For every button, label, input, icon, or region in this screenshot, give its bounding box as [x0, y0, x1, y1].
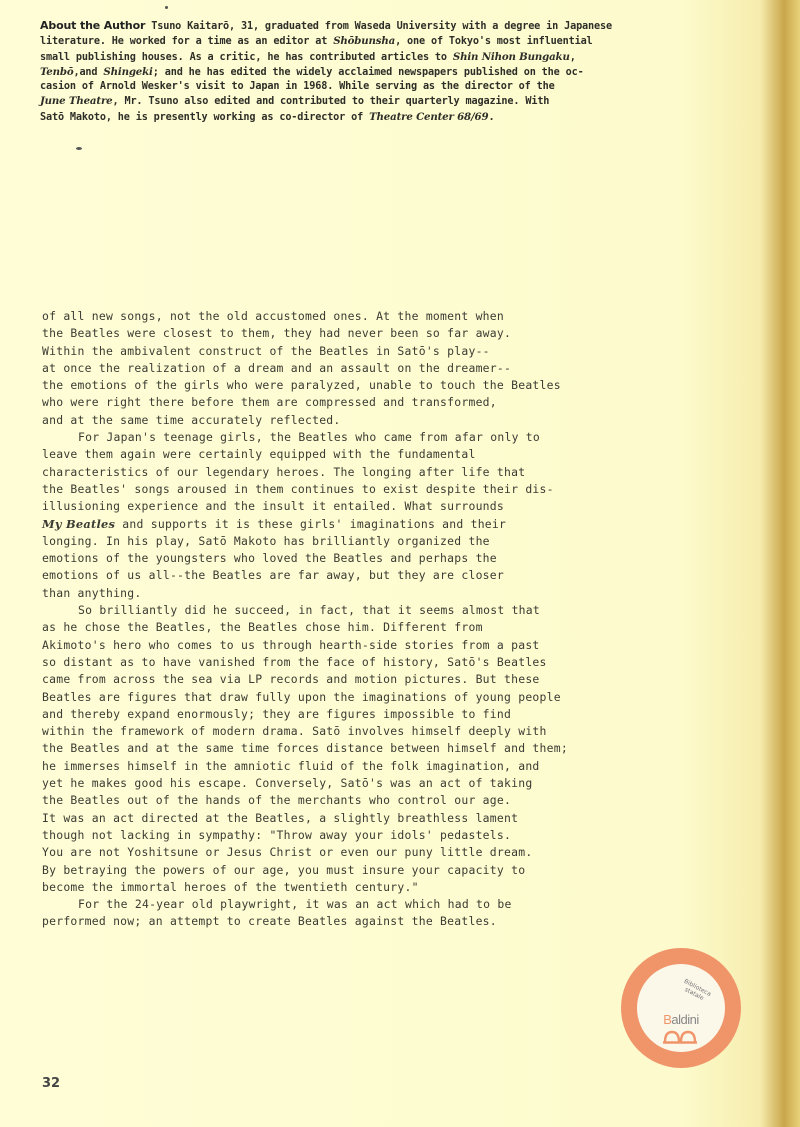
text-run: It was an act directed at the Beatles, a… [42, 811, 518, 825]
text-run: Satō Makoto, he is presently working as … [40, 112, 369, 123]
text-run: the Beatles out of the hands of the merc… [42, 793, 511, 807]
text-run: who were right there before them are com… [42, 395, 497, 409]
body-line: You are not Yoshitsune or Jesus Christ o… [42, 844, 762, 861]
text-run: within the framework of modern drama. Sa… [42, 724, 547, 738]
body-line: performed now; an attempt to create Beat… [42, 913, 762, 930]
stamp-inner: Bibliotecastatale Baldini [637, 964, 725, 1052]
article-body: of all new songs, not the old accustomed… [42, 308, 762, 931]
text-run: , Mr. Tsuno also edited and contributed … [113, 96, 550, 107]
italic-title: June Theatre [40, 95, 113, 107]
italic-title: Theatre Center 68/69 [369, 111, 488, 123]
body-line: Beatles are figures that draw fully upon… [42, 689, 762, 706]
text-run: small publishing houses. As a critic, he… [40, 52, 453, 63]
text-run: at once the realization of a dream and a… [42, 361, 511, 375]
body-line: though not lacking in sympathy: "Throw a… [42, 827, 762, 844]
body-line: characteristics of our legendary heroes.… [42, 464, 762, 481]
italic-title: Shin Nihon Bungaku [453, 51, 570, 63]
body-line: emotions of us all--the Beatles are far … [42, 567, 762, 584]
text-run: For Japan's teenage girls, the Beatles w… [78, 430, 540, 444]
body-line: illusioning experience and the insult it… [42, 498, 762, 515]
stamp-brand: Baldini [637, 1012, 725, 1027]
stamp-small-text: Bibliotecastatale [679, 978, 712, 1004]
text-run: , one of Tokyo's most influential [395, 36, 592, 47]
text-run: so distant as to have vanished from the … [42, 655, 547, 669]
text-run: longing. In his play, Satō Makoto has br… [42, 534, 490, 548]
text-run: become the immortal heroes of the twenti… [42, 880, 419, 894]
text-run: performed now; an attempt to create Beat… [42, 914, 497, 928]
about-line: June Theatre, Mr. Tsuno also edited and … [40, 94, 780, 109]
italic-title: My Beatles [42, 517, 115, 531]
body-line: Within the ambivalent construct of the B… [42, 343, 762, 360]
body-line: who were right there before them are com… [42, 394, 762, 411]
body-line: within the framework of modern drama. Sa… [42, 723, 762, 740]
body-line: he immerses himself in the amniotic flui… [42, 758, 762, 775]
italic-title: Shōbunsha [333, 35, 395, 47]
text-run: Tsuno Kaitarō, 31, graduated from Waseda… [145, 21, 612, 32]
ink-speck [76, 147, 82, 150]
text-run: illusioning experience and the insult it… [42, 499, 504, 513]
body-line: the Beatles and at the same time forces … [42, 740, 762, 757]
body-line: as he chose the Beatles, the Beatles cho… [42, 619, 762, 636]
body-line: and thereby expand enormously; they are … [42, 706, 762, 723]
body-line: For Japan's teenage girls, the Beatles w… [42, 429, 762, 446]
text-run: So brilliantly did he succeed, in fact, … [78, 603, 540, 617]
text-run: . [488, 112, 494, 123]
text-run: ,and [73, 67, 103, 78]
text-run: emotions of us all--the Beatles are far … [42, 568, 504, 582]
text-run: characteristics of our legendary heroes.… [42, 465, 525, 479]
text-run: came from across the sea via LP records … [42, 672, 540, 686]
body-line: yet he makes good his escape. Conversely… [42, 775, 762, 792]
body-line: the Beatles' songs aroused in them conti… [42, 481, 762, 498]
text-run: the Beatles' songs aroused in them conti… [42, 482, 554, 496]
body-line: so distant as to have vanished from the … [42, 654, 762, 671]
body-line: By betraying the powers of our age, you … [42, 862, 762, 879]
about-line: Tenbō,and Shingeki; and he has edited th… [40, 65, 780, 80]
open-book-icon [663, 1030, 699, 1044]
body-line: emotions of the youngsters who loved the… [42, 550, 762, 567]
about-line: literature. He worked for a time as an e… [40, 34, 780, 49]
text-run: Akimoto's hero who comes to us through h… [42, 638, 540, 652]
text-run: By betraying the powers of our age, you … [42, 863, 525, 877]
text-run: For the 24-year old playwright, it was a… [78, 897, 512, 911]
body-line: It was an act directed at the Beatles, a… [42, 810, 762, 827]
body-line: become the immortal heroes of the twenti… [42, 879, 762, 896]
text-run: though not lacking in sympathy: "Throw a… [42, 828, 511, 842]
body-line: at once the realization of a dream and a… [42, 360, 762, 377]
about-heading: About the Author [40, 19, 145, 32]
text-run: ; and he has edited the widely acclaimed… [153, 67, 584, 78]
about-line: small publishing houses. As a critic, he… [40, 50, 780, 65]
library-stamp: Bibliotecastatale Baldini [621, 948, 741, 1068]
body-line: came from across the sea via LP records … [42, 671, 762, 688]
body-line: than anything. [42, 585, 762, 602]
about-author-text: About the Author Tsuno Kaitarō, 31, grad… [40, 19, 780, 125]
body-line: So brilliantly did he succeed, in fact, … [42, 602, 762, 619]
body-line: My Beatles and supports it is these girl… [42, 516, 762, 533]
body-line: the Beatles were closest to them, they h… [42, 325, 762, 342]
text-run: Beatles are figures that draw fully upon… [42, 690, 561, 704]
document-page: About the Author Tsuno Kaitarō, 31, grad… [0, 0, 800, 1127]
italic-title: Shingeki [103, 66, 152, 78]
text-run: literature. He worked for a time as an e… [40, 36, 333, 47]
text-run: leave them again were certainly equipped… [42, 447, 476, 461]
text-run: Within the ambivalent construct of the B… [42, 344, 490, 358]
text-run: the Beatles and at the same time forces … [42, 741, 568, 755]
about-line: About the Author Tsuno Kaitarō, 31, grad… [40, 19, 780, 34]
body-line: leave them again were certainly equipped… [42, 446, 762, 463]
text-run: casion of Arnold Wesker's visit to Japan… [40, 81, 555, 92]
text-run: , [570, 52, 576, 63]
text-run: the Beatles were closest to them, they h… [42, 326, 511, 340]
about-line: casion of Arnold Wesker's visit to Japan… [40, 80, 780, 94]
text-run: and thereby expand enormously; they are … [42, 707, 511, 721]
page-number: 32 [42, 1076, 60, 1091]
text-run: and supports it is these girls' imaginat… [115, 517, 506, 531]
text-run: as he chose the Beatles, the Beatles cho… [42, 620, 483, 634]
body-line: and at the same time accurately reflecte… [42, 412, 762, 429]
text-run: You are not Yoshitsune or Jesus Christ o… [42, 845, 532, 859]
body-line: Akimoto's hero who comes to us through h… [42, 637, 762, 654]
body-line: longing. In his play, Satō Makoto has br… [42, 533, 762, 550]
stamp-brand-rest: aldini [671, 1012, 698, 1027]
body-line: For the 24-year old playwright, it was a… [42, 896, 762, 913]
body-line: the emotions of the girls who were paral… [42, 377, 762, 394]
text-run: he immerses himself in the amniotic flui… [42, 759, 540, 773]
italic-title: Tenbō [40, 66, 73, 78]
text-run: than anything. [42, 586, 142, 600]
text-run: emotions of the youngsters who loved the… [42, 551, 497, 565]
text-run: the emotions of the girls who were paral… [42, 378, 561, 392]
ink-speck [165, 6, 168, 9]
about-the-author: About the Author Tsuno Kaitarō, 31, grad… [40, 19, 780, 125]
body-line: the Beatles out of the hands of the merc… [42, 792, 762, 809]
body-line: of all new songs, not the old accustomed… [42, 308, 762, 325]
about-line: Satō Makoto, he is presently working as … [40, 110, 780, 125]
text-run: yet he makes good his escape. Conversely… [42, 776, 532, 790]
text-run: of all new songs, not the old accustomed… [42, 309, 504, 323]
text-run: and at the same time accurately reflecte… [42, 413, 341, 427]
